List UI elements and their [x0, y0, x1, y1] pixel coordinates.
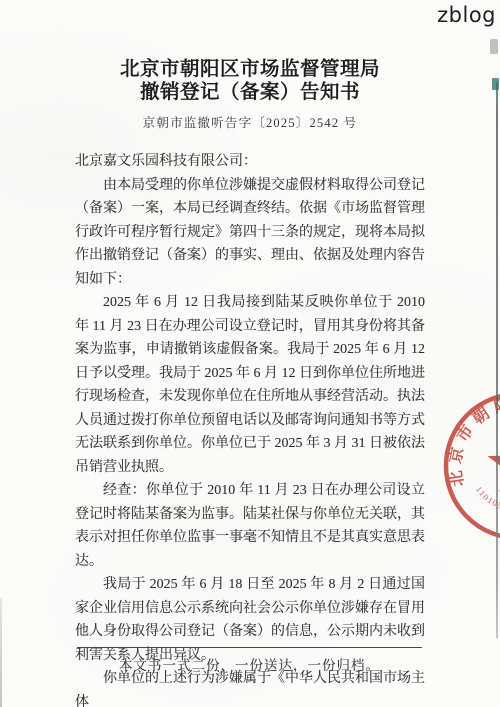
scan-edge-shadow-left: [0, 598, 2, 707]
scan-smudge-mark: [490, 39, 498, 54]
body-paragraph-1: 由本局受理的你单位涉嫌提交虚假材料取得公司登记（备案）一案，本局已经调查终结。依…: [75, 174, 425, 292]
footer-note-block: 本文书一式二份，一份送达，一份归档。: [77, 647, 422, 674]
document-number: 京朝市监撤听告字〔2025〕2542 号: [0, 113, 500, 131]
scanned-document-page: zblog 北京市朝阳区市场监督管理局 撤销登记（备案）告知书 京朝市监撤听告字…: [0, 0, 500, 707]
document-header: 北京市朝阳区市场监督管理局 撤销登记（备案）告知书 京朝市监撤听告字〔2025〕…: [0, 58, 500, 131]
official-seal: 北京市朝阳区 110105: [433, 381, 500, 551]
scan-edge-shadow-right: [496, 82, 498, 638]
recipient-line: 北京嘉文乐园科技有限公司：: [75, 150, 425, 174]
body-paragraph-3: 经查：你单位于 2010 年 11 月 23 日在办理公司设立登记时将陆某备案为…: [75, 479, 425, 573]
seal-star-icon: [488, 434, 500, 492]
body-paragraph-2: 2025 年 6 月 12 日我局接到陆某反映你单位于 2010 年 11 月 …: [75, 291, 425, 479]
watermark-text: zblog: [437, 3, 496, 27]
footer-note: 本文书一式二份，一份送达，一份归档。: [119, 658, 380, 673]
document-title-line2: 撤销登记（备案）告知书: [0, 81, 500, 104]
document-title-line1: 北京市朝阳区市场监督管理局: [0, 58, 500, 81]
document-body: 北京嘉文乐园科技有限公司： 由本局受理的你单位涉嫌提交虚假材料取得公司登记（备案…: [75, 150, 425, 707]
